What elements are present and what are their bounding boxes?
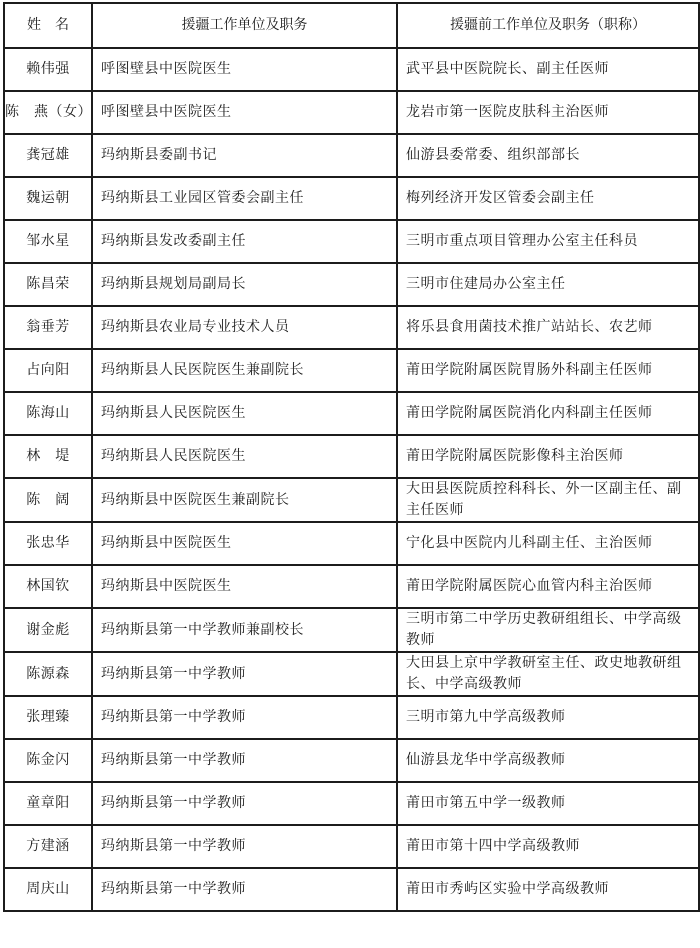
name-cell: 林国钦 <box>4 565 92 608</box>
table-row: 谢金彪玛纳斯县第一中学教师兼副校长三明市第二中学历史教研组组长、中学高级教师 <box>4 608 699 652</box>
prev-post-cell: 莆田学院附属医院影像科主治医师 <box>397 435 699 478</box>
prev-post-cell: 宁化县中医院内儿科副主任、主治医师 <box>397 522 699 565</box>
name-cell: 占向阳 <box>4 349 92 392</box>
prev-post-cell: 仙游县龙华中学高级教师 <box>397 739 699 782</box>
prev-post-cell: 莆田学院附属医院胃肠外科副主任医师 <box>397 349 699 392</box>
table-header-row: 姓 名 援疆工作单位及职务 援疆前工作单位及职务（职称） <box>4 3 699 48</box>
prev-post-cell: 武平县中医院院长、副主任医师 <box>397 48 699 91</box>
name-cell: 魏运朝 <box>4 177 92 220</box>
aid-post-cell: 玛纳斯县第一中学教师兼副校长 <box>92 608 397 652</box>
table-row: 陈 燕（女）呼图壁县中医院医生龙岩市第一医院皮肤科主治医师 <box>4 91 699 134</box>
aid-post-cell: 玛纳斯县第一中学教师 <box>92 739 397 782</box>
name-cell: 陈海山 <box>4 392 92 435</box>
name-cell: 陈源森 <box>4 652 92 696</box>
header-name: 姓 名 <box>4 3 92 48</box>
table-row: 童章阳玛纳斯县第一中学教师莆田市第五中学一级教师 <box>4 782 699 825</box>
table-row: 邹水星玛纳斯县发改委副主任三明市重点项目管理办公室主任科员 <box>4 220 699 263</box>
name-cell: 陈昌荣 <box>4 263 92 306</box>
aid-post-cell: 呼图壁县中医院医生 <box>92 48 397 91</box>
aid-post-cell: 玛纳斯县中医院医生 <box>92 522 397 565</box>
prev-post-cell: 梅列经济开发区管委会副主任 <box>397 177 699 220</box>
document-page: 姓 名 援疆工作单位及职务 援疆前工作单位及职务（职称） 赖伟强呼图壁县中医院医… <box>3 2 698 912</box>
name-cell: 陈金闪 <box>4 739 92 782</box>
prev-post-cell: 龙岩市第一医院皮肤科主治医师 <box>397 91 699 134</box>
table-body: 赖伟强呼图壁县中医院医生武平县中医院院长、副主任医师陈 燕（女）呼图壁县中医院医… <box>4 48 699 911</box>
aid-post-cell: 玛纳斯县工业园区管委会副主任 <box>92 177 397 220</box>
table-row: 占向阳玛纳斯县人民医院医生兼副院长莆田学院附属医院胃肠外科副主任医师 <box>4 349 699 392</box>
header-prev-post: 援疆前工作单位及职务（职称） <box>397 3 699 48</box>
prev-post-cell: 莆田市第五中学一级教师 <box>397 782 699 825</box>
aid-post-cell: 呼图壁县中医院医生 <box>92 91 397 134</box>
name-cell: 赖伟强 <box>4 48 92 91</box>
aid-post-cell: 玛纳斯县第一中学教师 <box>92 825 397 868</box>
name-cell: 林 堤 <box>4 435 92 478</box>
aid-post-cell: 玛纳斯县中医院医生 <box>92 565 397 608</box>
name-cell: 谢金彪 <box>4 608 92 652</box>
name-cell: 陈 燕（女） <box>4 91 92 134</box>
prev-post-cell: 三明市第九中学高级教师 <box>397 696 699 739</box>
prev-post-cell: 三明市重点项目管理办公室主任科员 <box>397 220 699 263</box>
name-cell: 童章阳 <box>4 782 92 825</box>
prev-post-cell: 大田县医院质控科科长、外一区副主任、副主任医师 <box>397 478 699 522</box>
table-row: 林国钦玛纳斯县中医院医生莆田学院附属医院心血管内科主治医师 <box>4 565 699 608</box>
aid-post-cell: 玛纳斯县农业局专业技术人员 <box>92 306 397 349</box>
table-row: 陈海山玛纳斯县人民医院医生莆田学院附属医院消化内科副主任医师 <box>4 392 699 435</box>
aid-post-cell: 玛纳斯县人民医院医生 <box>92 392 397 435</box>
aid-post-cell: 玛纳斯县第一中学教师 <box>92 782 397 825</box>
prev-post-cell: 三明市第二中学历史教研组组长、中学高级教师 <box>397 608 699 652</box>
aid-post-cell: 玛纳斯县发改委副主任 <box>92 220 397 263</box>
aid-post-cell: 玛纳斯县人民医院医生兼副院长 <box>92 349 397 392</box>
table-row: 魏运朝玛纳斯县工业园区管委会副主任梅列经济开发区管委会副主任 <box>4 177 699 220</box>
table-row: 方建涵玛纳斯县第一中学教师莆田市第十四中学高级教师 <box>4 825 699 868</box>
name-cell: 龚冠雄 <box>4 134 92 177</box>
aid-post-cell: 玛纳斯县中医院医生兼副院长 <box>92 478 397 522</box>
personnel-table: 姓 名 援疆工作单位及职务 援疆前工作单位及职务（职称） 赖伟强呼图壁县中医院医… <box>3 2 700 912</box>
prev-post-cell: 莆田学院附属医院消化内科副主任医师 <box>397 392 699 435</box>
name-cell: 张忠华 <box>4 522 92 565</box>
aid-post-cell: 玛纳斯县委副书记 <box>92 134 397 177</box>
table-row: 翁垂芳玛纳斯县农业局专业技术人员将乐县食用菌技术推广站站长、农艺师 <box>4 306 699 349</box>
aid-post-cell: 玛纳斯县人民医院医生 <box>92 435 397 478</box>
aid-post-cell: 玛纳斯县第一中学教师 <box>92 696 397 739</box>
table-row: 周庆山玛纳斯县第一中学教师莆田市秀屿区实验中学高级教师 <box>4 868 699 911</box>
name-cell: 周庆山 <box>4 868 92 911</box>
header-aid-post: 援疆工作单位及职务 <box>92 3 397 48</box>
prev-post-cell: 莆田市第十四中学高级教师 <box>397 825 699 868</box>
prev-post-cell: 仙游县委常委、组织部部长 <box>397 134 699 177</box>
table-row: 陈昌荣玛纳斯县规划局副局长三明市住建局办公室主任 <box>4 263 699 306</box>
table-row: 陈金闪玛纳斯县第一中学教师仙游县龙华中学高级教师 <box>4 739 699 782</box>
table-row: 陈 阔玛纳斯县中医院医生兼副院长大田县医院质控科科长、外一区副主任、副主任医师 <box>4 478 699 522</box>
name-cell: 张理臻 <box>4 696 92 739</box>
aid-post-cell: 玛纳斯县第一中学教师 <box>92 868 397 911</box>
name-cell: 陈 阔 <box>4 478 92 522</box>
prev-post-cell: 大田县上京中学教研室主任、政史地教研组长、中学高级教师 <box>397 652 699 696</box>
table-row: 张理臻玛纳斯县第一中学教师三明市第九中学高级教师 <box>4 696 699 739</box>
aid-post-cell: 玛纳斯县规划局副局长 <box>92 263 397 306</box>
prev-post-cell: 莆田市秀屿区实验中学高级教师 <box>397 868 699 911</box>
prev-post-cell: 莆田学院附属医院心血管内科主治医师 <box>397 565 699 608</box>
table-row: 陈源森玛纳斯县第一中学教师大田县上京中学教研室主任、政史地教研组长、中学高级教师 <box>4 652 699 696</box>
table-row: 龚冠雄玛纳斯县委副书记仙游县委常委、组织部部长 <box>4 134 699 177</box>
aid-post-cell: 玛纳斯县第一中学教师 <box>92 652 397 696</box>
table-row: 张忠华玛纳斯县中医院医生宁化县中医院内儿科副主任、主治医师 <box>4 522 699 565</box>
prev-post-cell: 将乐县食用菌技术推广站站长、农艺师 <box>397 306 699 349</box>
table-row: 林 堤玛纳斯县人民医院医生莆田学院附属医院影像科主治医师 <box>4 435 699 478</box>
name-cell: 方建涵 <box>4 825 92 868</box>
table-row: 赖伟强呼图壁县中医院医生武平县中医院院长、副主任医师 <box>4 48 699 91</box>
prev-post-cell: 三明市住建局办公室主任 <box>397 263 699 306</box>
name-cell: 邹水星 <box>4 220 92 263</box>
name-cell: 翁垂芳 <box>4 306 92 349</box>
